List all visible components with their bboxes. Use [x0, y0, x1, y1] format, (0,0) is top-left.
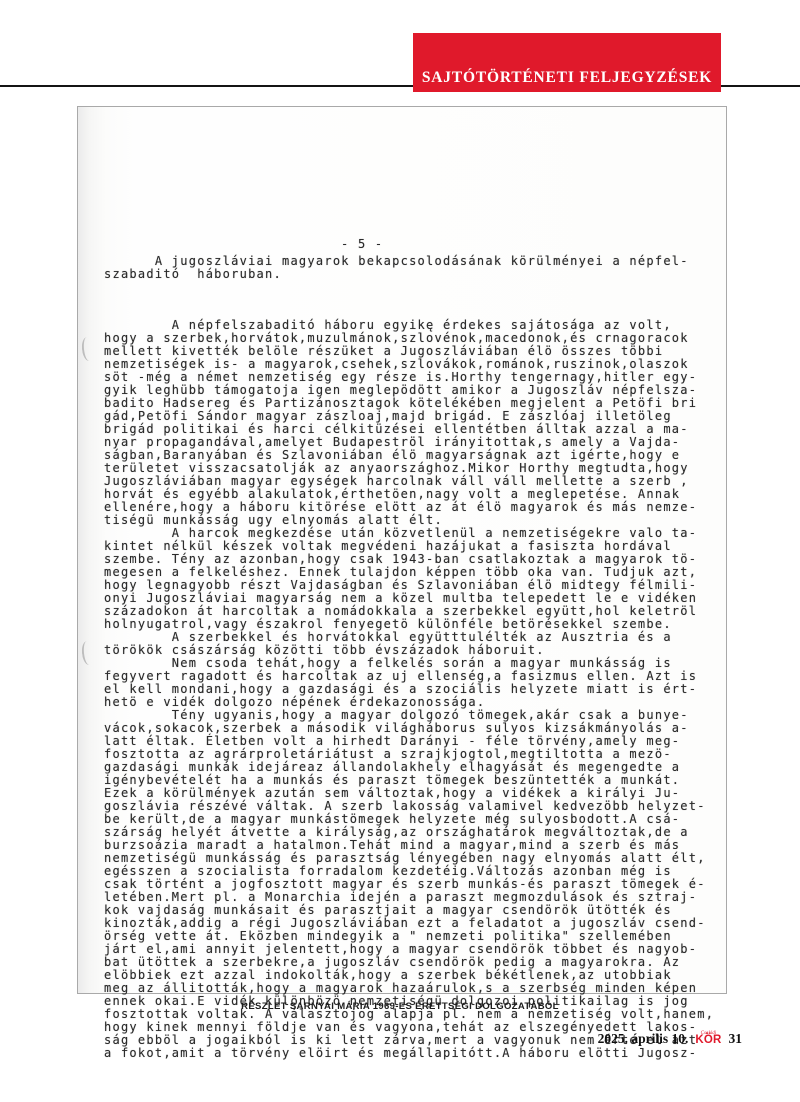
binder-hole-mark	[81, 336, 95, 361]
photo-caption: RÉSZLET SARNYAI MÁRIA 1969-ES ÉRETTSÉGI …	[0, 1001, 800, 1012]
scan-essay-body: A népfelszabaditó háboru egyikę érdekes …	[104, 319, 714, 1060]
section-banner-label: SAJTÓTÖRTÉNETI FELJEGYZÉSEK	[422, 69, 712, 87]
binder-hole-mark	[81, 640, 95, 665]
csaladi-kor-logo: Családi KÖR	[695, 1031, 721, 1047]
section-banner: SAJTÓTÖRTÉNETI FELJEGYZÉSEK	[413, 33, 721, 92]
page-footer: 2025. április 10. Családi KÖR 31	[598, 1031, 742, 1047]
logo-main-text: KÖR	[695, 1035, 721, 1047]
magazine-page: SAJTÓTÖRTÉNETI FELJEGYZÉSEK - 5 - A jugo…	[0, 0, 800, 1102]
scan-page-number: - 5 -	[341, 238, 383, 251]
footer-page-number: 31	[729, 1031, 743, 1047]
footer-date: 2025. április 10.	[598, 1031, 689, 1047]
scan-essay-title: A jugoszláviai magyarok bekapcsolodásána…	[104, 255, 689, 281]
scanned-typewritten-page: - 5 - A jugoszláviai magyarok bekapcsolo…	[77, 106, 727, 994]
